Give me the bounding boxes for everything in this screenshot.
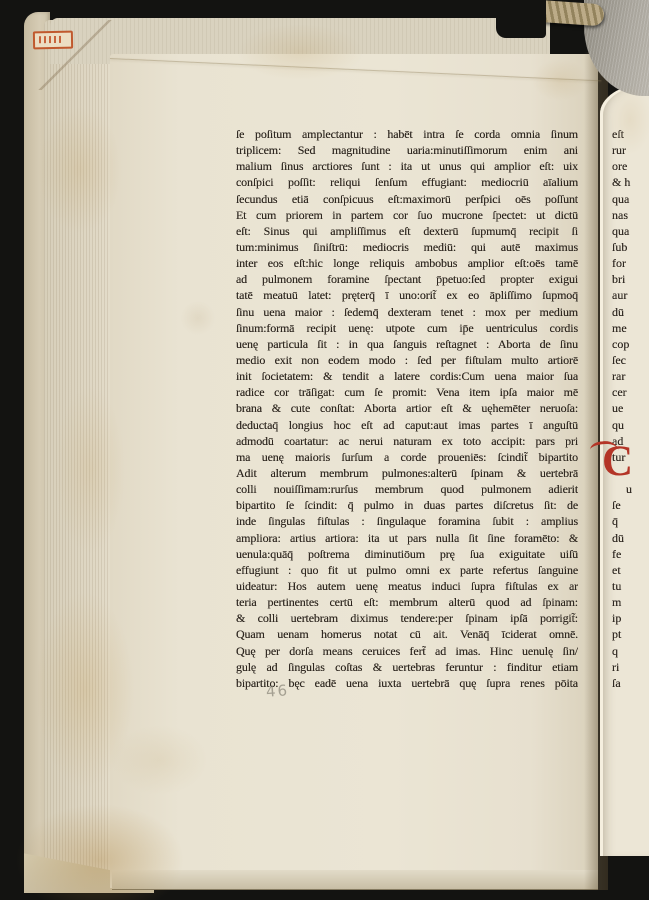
text-fragment: et — [612, 562, 649, 578]
text-fragment: m — [612, 594, 649, 610]
text-fragment: cer — [612, 384, 649, 400]
text-fragment: ip — [612, 610, 649, 626]
text-fragment: for — [612, 255, 649, 271]
text-fragment: ore — [612, 158, 649, 174]
text-line: Adit alterum membrum pulmones:alterū ſpi… — [236, 465, 578, 481]
text-line: admodū coartatur: ac nerui naturam ex to… — [236, 433, 578, 449]
text-fragment: ſe — [612, 497, 649, 513]
text-column: ſe poſitum amplectantur : habēt intra ſe… — [236, 126, 578, 691]
text-line: gulę ad ſingulas coſtas & uertebras feru… — [236, 659, 578, 675]
text-line: uenula:quāq̄ poſtrema diminutiōum prę ſu… — [236, 546, 578, 562]
text-line: uenę particula ſit : in qua ſanguis reſt… — [236, 336, 578, 352]
text-line: radice cor trāſigat: cum ſe promit: Vena… — [236, 384, 578, 400]
text-fragment: ſub — [612, 239, 649, 255]
text-fragment: ſec — [612, 352, 649, 368]
text-fragment: qua — [612, 223, 649, 239]
text-fragment: q — [612, 643, 649, 659]
page-fore-edge — [44, 20, 120, 888]
text-line: ſe poſitum amplectantur : habēt intra ſe… — [236, 126, 578, 142]
photo-stage: ſe poſitum amplectantur : habēt intra ſe… — [0, 0, 649, 900]
text-line: eſt: Sinus qui ampliſſimus eſt dexterū ſ… — [236, 223, 578, 239]
text-line: Quam uenam homerus notat cū ait. Venāq̄ … — [236, 626, 578, 642]
text-fragment: ri — [612, 659, 649, 675]
text-line: deductaq̄ longius hoc eſt ad caput:aut i… — [236, 417, 578, 433]
text-line: brana & cute conſtat: Aborta artior eſt … — [236, 400, 578, 416]
text-line: tatē meatuū latet: pręterq̄ ī uno:orit̃ … — [236, 287, 578, 303]
text-line: medio exit non eodem modo : ſed per fiſt… — [236, 352, 578, 368]
text-line: ſinu uena maior : ſedemq̄ dexteram tenet… — [236, 304, 578, 320]
text-line: Quę per dorſa means ceruices fert̃ ad im… — [236, 643, 578, 659]
text-fragment: pt — [612, 626, 649, 642]
text-fragment: qua — [612, 191, 649, 207]
rubricated-initial: C — [602, 444, 648, 480]
text-line: malium ſinus arctiores ſunt : ita ut unu… — [236, 158, 578, 174]
text-line: tum:minimus ſiniſtrū: mediocris mediū: q… — [236, 239, 578, 255]
text-line: ampliora: artius artiora: ita ut pars nu… — [236, 530, 578, 546]
text-line: effugiunt : quo fit ut pulmo omni ex par… — [236, 562, 578, 578]
text-line: inde ſingulas fiſtulas : ſingulaque fora… — [236, 513, 578, 529]
text-fragment: qu — [612, 417, 649, 433]
bottom-leaf-edges — [112, 870, 598, 890]
text-line: & colli uertebram diximus tendere:per ſp… — [236, 610, 578, 626]
folio-number-pencil: 46 — [265, 681, 289, 701]
text-fragment: & h — [612, 174, 649, 190]
text-fragment: q̄ — [612, 513, 649, 529]
text-line: init ſocietatem: & tendit a latere cordi… — [236, 368, 578, 384]
text-line: teria pertinentes certū eſt: membrum alt… — [236, 594, 578, 610]
text-line: conſpici poſſit: reliqui ſenſum effugian… — [236, 174, 578, 190]
text-line: inter eos eſt:hic longe reliquis ambobus… — [236, 255, 578, 271]
text-fragment: me — [612, 320, 649, 336]
text-fragment: bri — [612, 271, 649, 287]
text-line: bipartito ſe ſcindit: q̄ pulmo in duas p… — [236, 497, 578, 513]
text-line: ma uenę maioris ſurſum a corde proueniēs… — [236, 449, 578, 465]
text-fragment: aur — [612, 287, 649, 303]
text-fragment: dū — [612, 530, 649, 546]
text-fragment: nas — [612, 207, 649, 223]
text-fragment: ue — [612, 400, 649, 416]
background-notch — [496, 0, 546, 38]
text-line: uideatur: Hos autem uenę meatus induci ſ… — [236, 578, 578, 594]
text-line: ſinum:formā recipit uenę: utpote cum ip̄… — [236, 320, 578, 336]
text-fragment: eſt — [612, 126, 649, 142]
text-fragment: tu — [612, 578, 649, 594]
text-fragment: dū — [612, 304, 649, 320]
text-fragment: cop — [612, 336, 649, 352]
text-fragment: fe — [612, 546, 649, 562]
text-fragment: rar — [612, 368, 649, 384]
next-page-text-column: eſtrurore& hquanasquaſubforbriaurdūmecop… — [612, 126, 649, 691]
text-line: ad pulmonem foramine ſpectant p̄petuo:ſe… — [236, 271, 578, 287]
text-fragment: ſa — [612, 675, 649, 691]
text-line: Et cum priorem in partem cor ſuo mucrone… — [236, 207, 578, 223]
text-line: colli nouiſſimam:rurſus membrum quod pul… — [236, 481, 578, 497]
text-line: triplicem: Sed magnitudine uaria:minutiſ… — [236, 142, 578, 158]
text-fragment: rur — [612, 142, 649, 158]
shelfmark-stamp-icon — [33, 31, 73, 50]
text-line: ſecundus etiā conſpicuus eſt:maximorū pe… — [236, 191, 578, 207]
